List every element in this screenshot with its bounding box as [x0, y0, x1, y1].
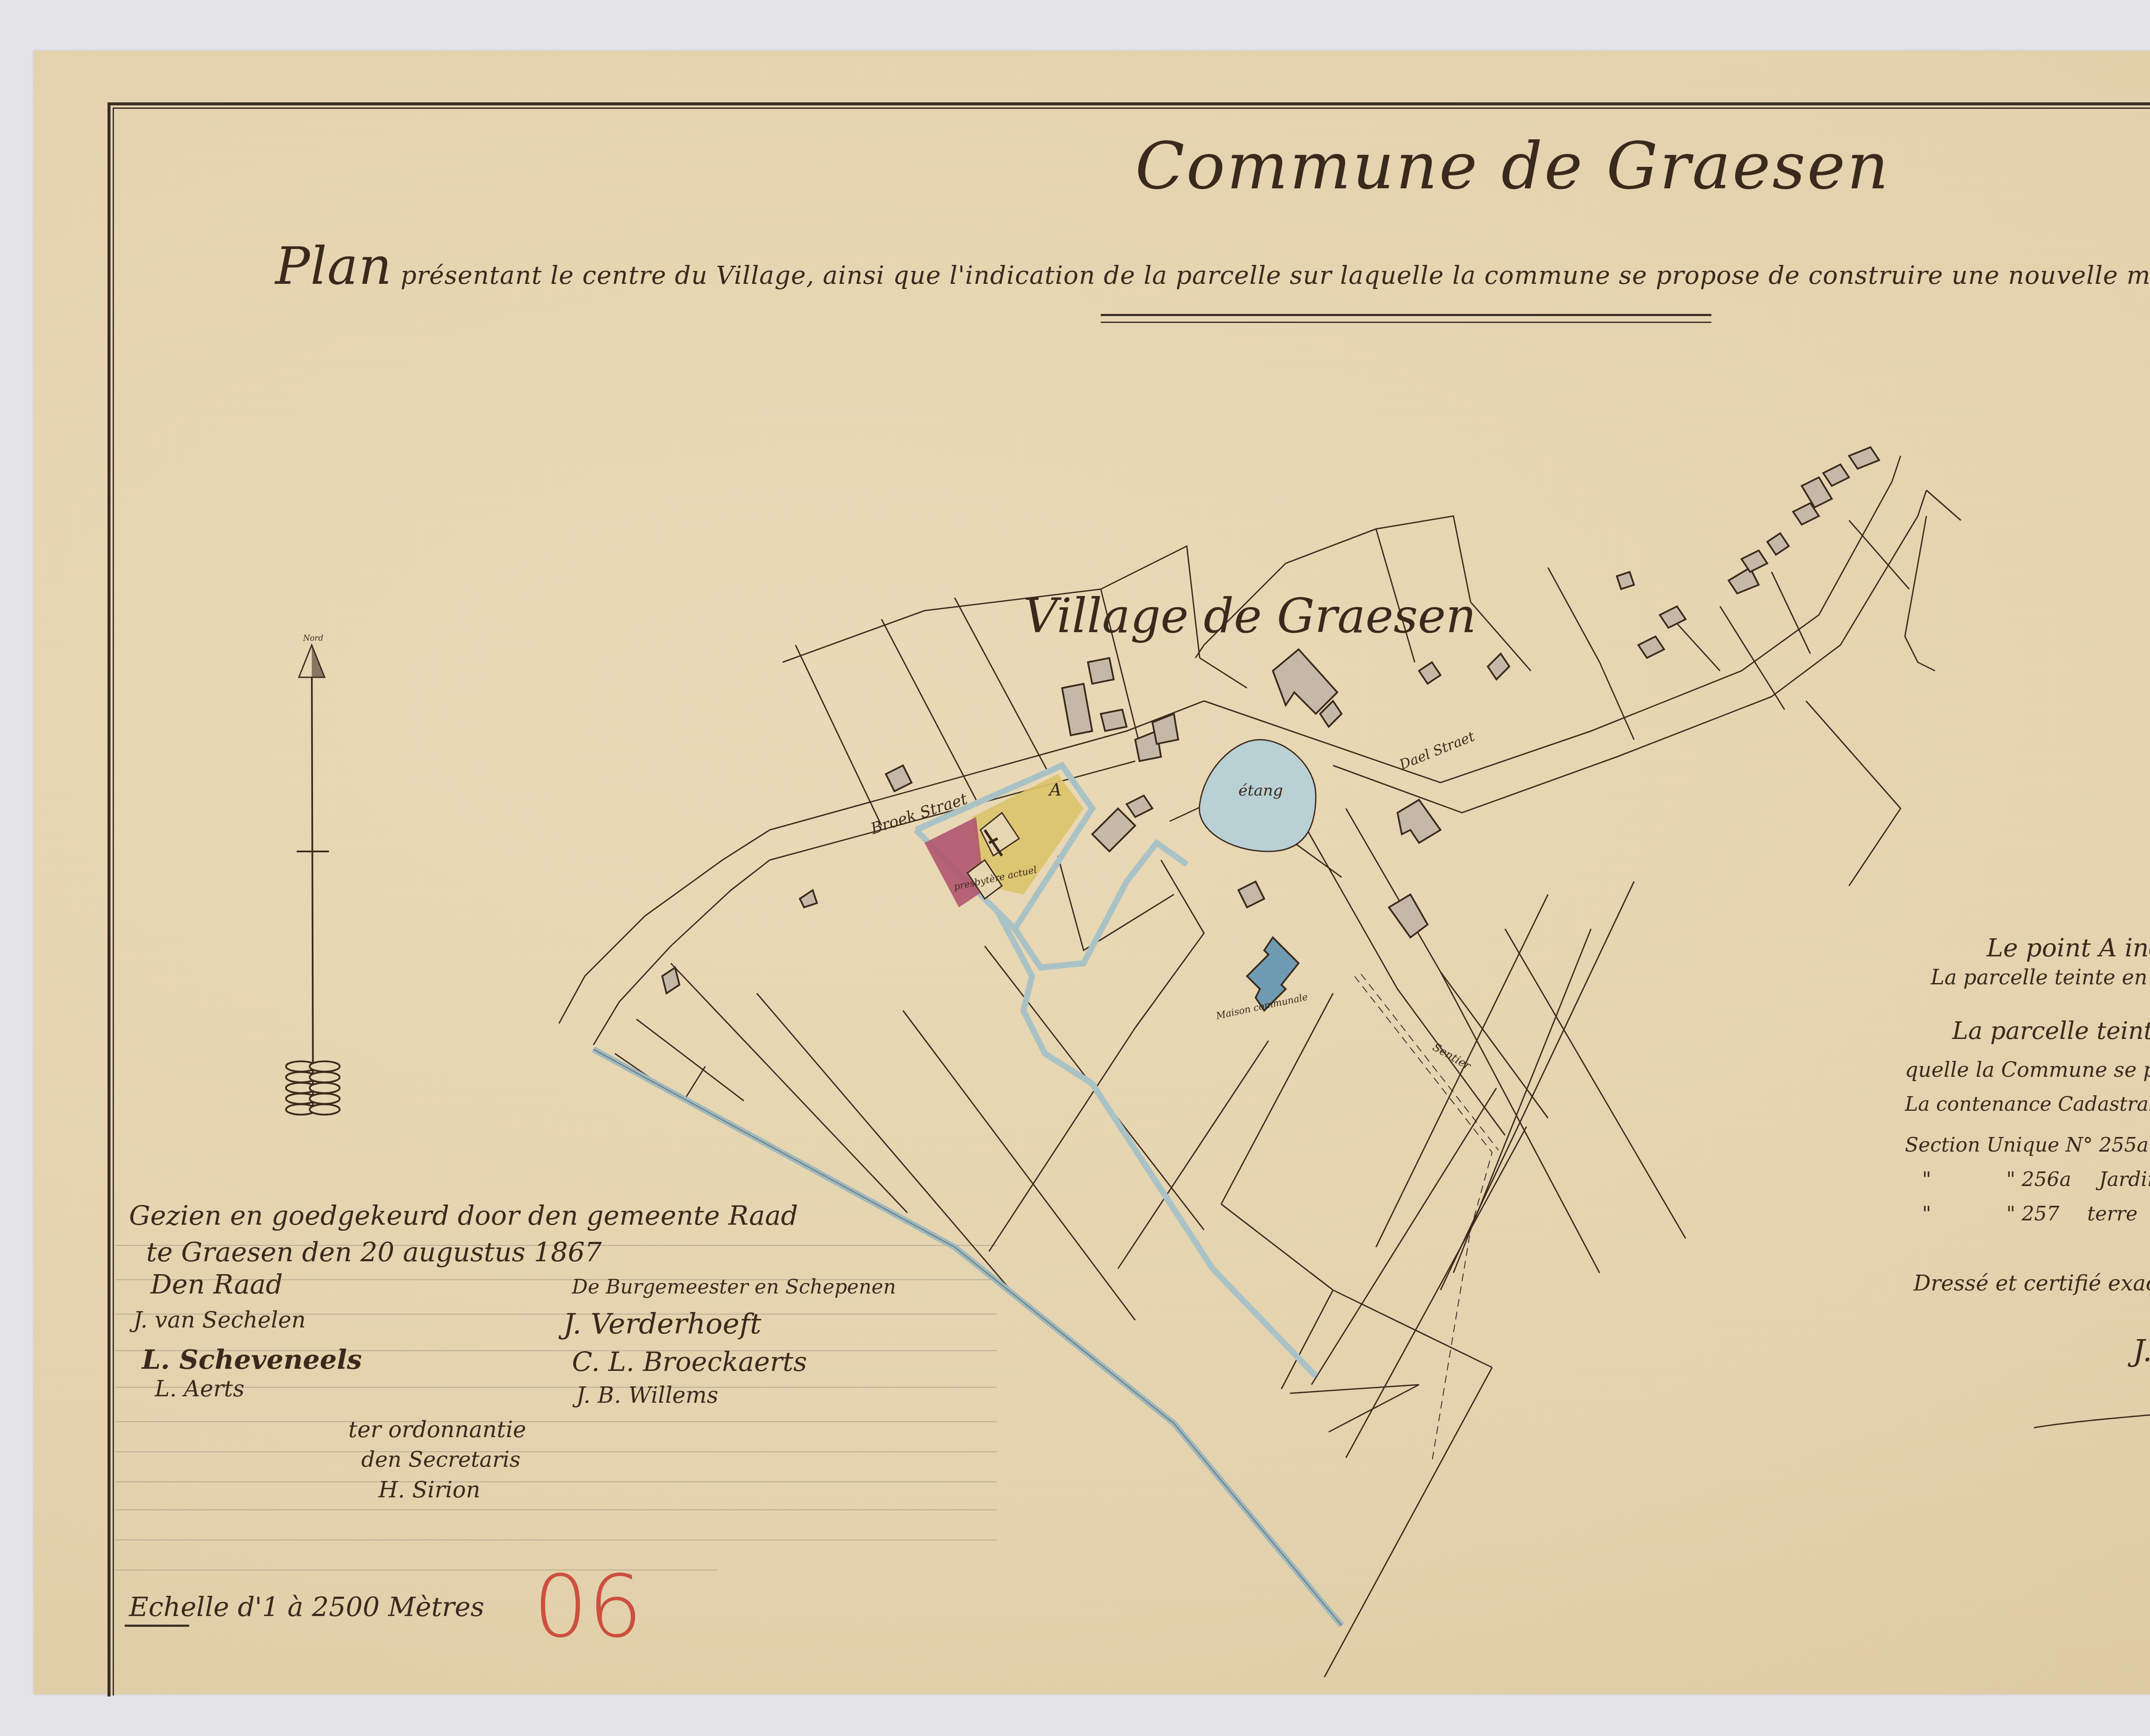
cemetery-parcel-red [924, 817, 985, 907]
certification-text: Dressé et certifié exact par le soussign… [1913, 1271, 2150, 1296]
legend-line-cadastral: La contenance Cadastrale est comme suit [1905, 1092, 2150, 1115]
surveyor-signature: J. Dyvers [2133, 1333, 2150, 1368]
section-cell: " [1922, 1202, 1931, 1225]
north-label: Nord [303, 634, 323, 643]
table-row: " " 256a Jardin [1922, 1168, 2150, 1191]
village-label: Village de Graesen [1023, 588, 1476, 643]
legend-line-cemetery: La parcelle teinte en encre rouge est l'… [1931, 965, 2150, 989]
street-label-dael: Dael Straet [1397, 728, 1477, 773]
mayor-signature: J. B. Willems [576, 1383, 718, 1408]
approval-line-1: Gezien en goedgekeurd door den gemeente … [129, 1200, 798, 1231]
table-row: Section Unique N° 255a ancienne maison c… [1905, 1133, 2150, 1156]
pond-label: étang [1238, 782, 1283, 799]
secretary-title: den Secretaris [361, 1447, 520, 1472]
secretary-signature: H. Sirion [378, 1477, 480, 1503]
number-cell: N° 255a [2066, 1133, 2149, 1156]
north-arrow-icon [286, 645, 340, 1115]
mayor-signature: J. Verderhoeft [563, 1307, 762, 1340]
council-signature: J. van Sechelen [133, 1307, 306, 1333]
description-cell: Jardin [2099, 1168, 2150, 1191]
secretary-heading: ter ordonnantie [348, 1417, 526, 1443]
archive-number-mark: 06 [533, 1557, 643, 1657]
legend-line-yellow: La parcelle teinte en jaune est celle su… [1952, 1017, 2150, 1045]
council-signature: L. Aerts [155, 1376, 244, 1402]
sentier-label: Sentier [1431, 1041, 1474, 1073]
cadastral-map: A presbytère actuel étang Maison communa… [0, 0, 2150, 1736]
section-cell: Section Unique [1905, 1133, 2059, 1156]
council-heading: Den Raad [150, 1269, 283, 1300]
number-cell: " 257 [2006, 1202, 2060, 1225]
legend-line-commune: quelle la Commune se propose de bâtir un… [1905, 1058, 2150, 1082]
approval-line-2: te Graesen den 20 augustus 1867 [146, 1236, 602, 1268]
point-a-label: A [1047, 780, 1062, 800]
scale-underline [125, 1625, 189, 1627]
section-cell: " [1922, 1168, 1931, 1191]
number-cell: " 256a [2006, 1168, 2071, 1191]
mayor-signature: C. L. Broeckaerts [572, 1346, 807, 1377]
council-signature: L. Scheveneels [142, 1344, 362, 1375]
description-cell: terre [2087, 1202, 2138, 1225]
buildings [662, 447, 1879, 993]
table-row: " " 257 terre [1922, 1202, 2138, 1225]
mayor-heading: De Burgemeester en Schepenen [572, 1275, 896, 1298]
legend-line-point-a: Le point A indique le nouvel emplacement [1987, 933, 2150, 962]
scale-label: Echelle d'1 à 2500 Mètres [129, 1591, 484, 1622]
